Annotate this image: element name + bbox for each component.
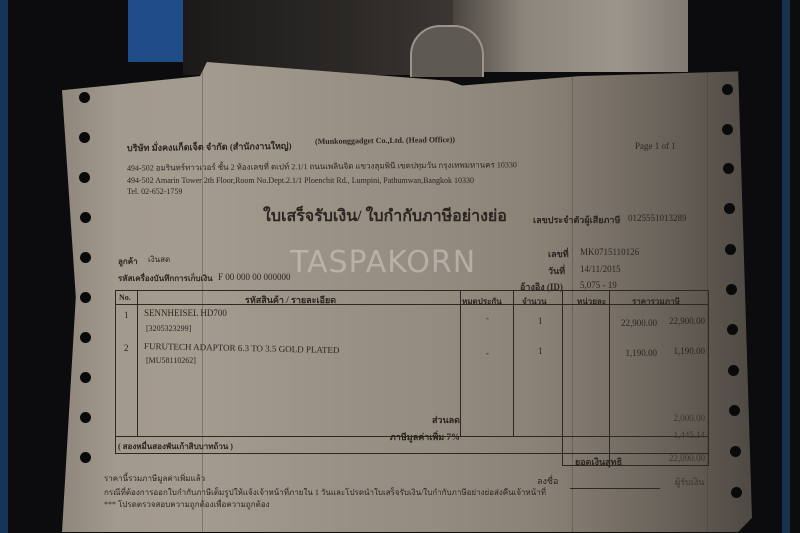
vat-included-note: ราคานี้รวมภาษีมูลค่าเพิ่มแล้ว [104, 472, 205, 485]
receiver-label: ผู้รับเงิน [675, 475, 704, 489]
row-no: 2 [124, 343, 129, 353]
header-unit-price: หน่วยละ [577, 295, 606, 308]
background-blue-edge-left [0, 0, 8, 533]
net-total-label: ยอดเงินสุทธิ [575, 455, 622, 469]
doc-date: 14/11/2015 [580, 264, 621, 274]
row-qty: 1 [538, 346, 543, 356]
row-qty: 1 [538, 316, 543, 326]
doc-number: MK0715110126 [580, 247, 639, 257]
row-warranty: - [486, 348, 489, 358]
tax-id-label: เลขประจำตัวผู้เสียภาษี [533, 213, 620, 227]
row-code: [3205323299] [146, 324, 191, 333]
row-name: SENNHEISEL HD700 [144, 308, 227, 318]
check-accuracy-note: *** โปรดตรวจสอบความถูกต้องเพื่อความถูกต้… [104, 498, 270, 511]
row-code: [MU58110262] [146, 356, 196, 365]
customer-label: ลูกค้า [118, 255, 138, 268]
net-total-value: 22,090.00 [628, 453, 705, 463]
background-photo-light [453, 0, 688, 72]
header-total: ราคารวมภาษี [632, 295, 680, 308]
discount-label: ส่วนลด [380, 413, 460, 427]
tax-id-value: 0125551013289 [628, 213, 687, 223]
row-no: 1 [124, 310, 129, 320]
company-address-en: 494-502 Amarin Tower 2th Floor,Room No.D… [127, 176, 474, 185]
header-qty: จำนวน [522, 295, 547, 308]
background-blue-panel [128, 0, 183, 62]
machine-id-value: F 00 000 00 000000 [218, 272, 291, 282]
amount-in-words: ( สองหมื่นสองพันเก้าสิบบาทถ้วน ) [118, 440, 233, 453]
header-warranty: หมดประกัน [462, 295, 502, 308]
machine-id-label: รหัสเครื่องบันทึกการเก็บเงิน [118, 272, 213, 285]
background-blue-edge-right [782, 0, 790, 533]
doc-date-label: วันที่ [548, 264, 565, 278]
signature-line [570, 488, 660, 489]
vat-label: ภาษีมูลค่าเพิ่ม 7% [340, 430, 460, 444]
company-tel: Tel. 02-652-1759 [127, 187, 182, 196]
vat-value: 1,445.14 [628, 430, 705, 440]
row-total: 1,190.00 [628, 346, 705, 356]
page-indicator: Page 1 of 1 [635, 141, 676, 151]
receipt-title: ใบเสร็จรับเงิน/ ใบกำกับภาษีอย่างย่อ [263, 204, 507, 229]
company-name-th: บริษัท มั่งคงแก็ดเจ็ต จำกัด (สำนักงานใหญ… [127, 139, 292, 155]
header-description: รหัสสินค้า / รายละเอียด [245, 293, 336, 307]
row-warranty: - [486, 313, 489, 323]
headphone-image [410, 25, 484, 77]
row-total: 22,900.00 [628, 316, 705, 326]
doc-number-label: เลขที่ [548, 247, 569, 261]
doc-ref: 5,075 - 19 [580, 280, 617, 290]
watermark-text: TASPAKORN [290, 245, 476, 280]
header-no: No. [119, 293, 131, 302]
customer-value: เงินสด [148, 253, 170, 266]
discount-value: 2,000.00 [628, 413, 705, 423]
